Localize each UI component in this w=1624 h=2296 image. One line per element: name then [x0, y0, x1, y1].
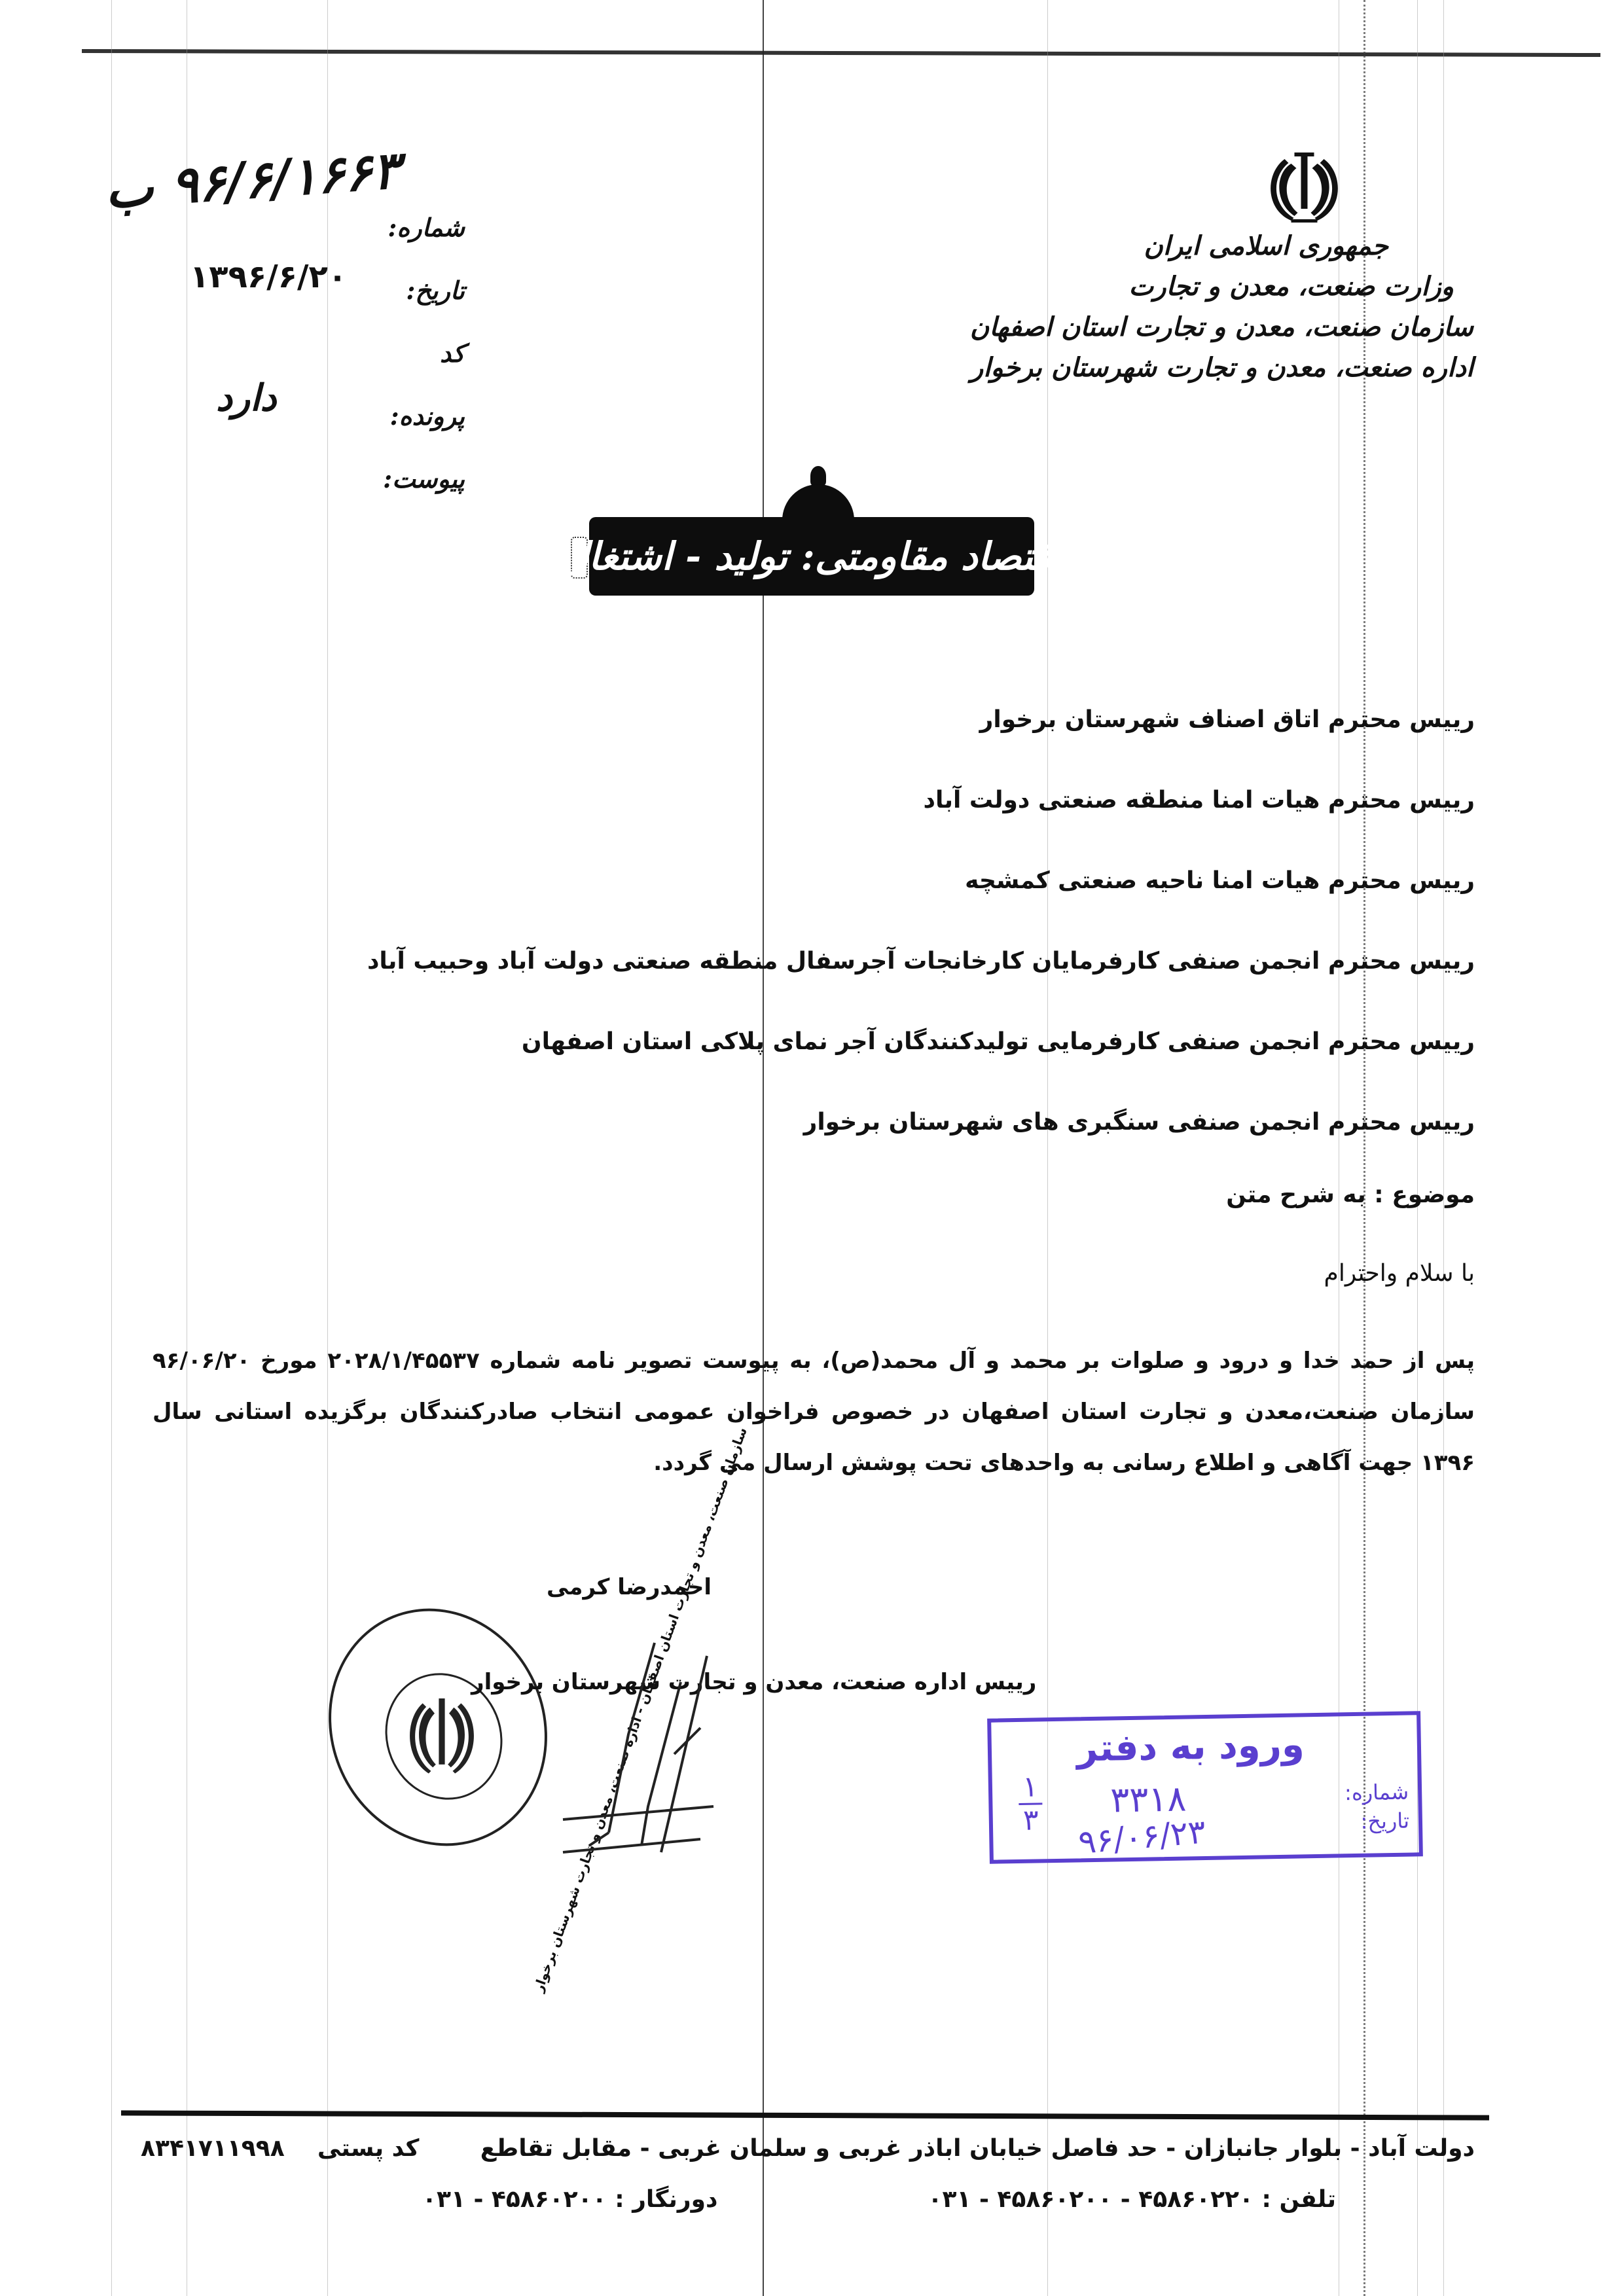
registry-number-value: ۳۳۱۸ — [1110, 1778, 1187, 1821]
banner-finial — [810, 466, 826, 486]
footer-address: دولت آباد - بلوار جانبازان - حد فاصل خیا… — [480, 2135, 1475, 2162]
meta-labels: شماره: تاریخ: کد پرونده: پیوست: — [380, 196, 465, 511]
ministry-line: جمهوری اسلامی ایران — [1107, 226, 1388, 266]
page-fraction-bottom: ۳ — [1023, 1803, 1039, 1837]
handwritten-signature — [550, 1636, 720, 1859]
subject-line: موضوع : به شرح متن — [1226, 1181, 1475, 1208]
registry-stamp-title: ورود به دفتر — [1076, 1723, 1305, 1770]
fax-label: دورنگار : — [615, 2186, 717, 2213]
footer-postal-code: کد پستی ۸۳۴۱۷۱۱۹۹۸ — [141, 2135, 419, 2162]
page-fraction-top: ۱ — [1022, 1770, 1039, 1803]
footer-telephone: تلفن : ۰۳۱ - ۴۵۸۶۰۲۰۰ - ۴۵۸۶۰۲۲۰ — [928, 2186, 1337, 2213]
ministry-line: سازمان صنعت، معدن و تجارت استان اصفهان — [1107, 307, 1473, 348]
registry-stamp: ورود به دفتر شماره: تاریخ: ۳۳۱۸ ۹۶/۰۶/۲۳… — [987, 1711, 1423, 1864]
letter-date-value: ۱۳۹۶/۶/۲۰ — [190, 259, 347, 295]
footer-rule — [121, 2110, 1489, 2120]
postal-value: ۸۳۴۱۷۱۱۹۹۸ — [141, 2135, 285, 2162]
footer-fax: دورنگار : ۰۳۱ - ۴۵۸۶۰۲۰۰ — [422, 2186, 717, 2213]
slogan-banner: اقتصاد مقاومتی: تولید - اشتغال — [589, 517, 1034, 596]
ministry-header: جمهوری اسلامی ایران وزارت صنعت، معدن و ت… — [1107, 226, 1473, 388]
scan-top-rule — [82, 49, 1600, 57]
addressee: رییس محترم انجمن صنفی کارفرمایان کارخانج… — [362, 948, 1475, 975]
letter-number-value: ۹۶/۶/۱۶۶۳ ب — [103, 140, 401, 220]
registry-stamp-labels: شماره: تاریخ: — [1344, 1778, 1410, 1837]
ministry-line: وزارت صنعت، معدن و تجارت — [1107, 266, 1454, 307]
registry-page-fraction: ۱ ۳ — [1019, 1774, 1043, 1834]
ministry-line: اداره صنعت، معدن و تجارت شهرستان برخوار — [1107, 348, 1473, 388]
date-label: تاریخ: — [380, 259, 465, 322]
attachment-label: پیوست: — [380, 448, 465, 511]
registry-date-label: تاریخ: — [1344, 1806, 1409, 1837]
slogan-text: اقتصاد مقاومتی: تولید - اشتغال — [561, 534, 1062, 579]
postal-label: کد پستی — [317, 2135, 420, 2162]
addressee: رییس محترم انجمن صنفی سنگبری های شهرستان… — [362, 1109, 1475, 1136]
scan-artifact-line — [111, 0, 112, 2296]
addressee-list: رییس محترم اتاق اصناف شهرستان برخوار ریی… — [362, 707, 1475, 1190]
scan-artifact-line — [187, 0, 187, 2296]
attachment-value: دارد — [216, 376, 276, 420]
addressee: رییس محترم هیات امنا ناحیه صنعتی کمشچه — [362, 868, 1475, 894]
fax-value: ۰۳۱ - ۴۵۸۶۰۲۰۰ — [422, 2186, 607, 2213]
tel-value: ۰۳۱ - ۴۵۸۶۰۲۰۰ - ۴۵۸۶۰۲۲۰ — [928, 2186, 1254, 2213]
tel-label: تلفن : — [1262, 2186, 1336, 2213]
letter-body: پس از حمد خدا و درود و صلوات بر محمد و آ… — [153, 1335, 1475, 1488]
greeting: با سلام واحترام — [1324, 1260, 1475, 1287]
scan-artifact-line — [327, 0, 328, 2296]
addressee: رییس محترم انجمن صنفی کارفرمایی تولیدکنن… — [362, 1029, 1475, 1055]
file-code-label: کد پرونده: — [380, 322, 465, 448]
iran-emblem-icon — [1263, 147, 1345, 226]
addressee: رییس محترم اتاق اصناف شهرستان برخوار — [362, 707, 1475, 733]
registry-date-value: ۹۶/۰۶/۲۳ — [1077, 1812, 1207, 1861]
seal-emblem-icon — [406, 1689, 478, 1780]
number-label: شماره: — [380, 196, 465, 259]
registry-number-label: شماره: — [1344, 1778, 1409, 1808]
addressee: رییس محترم هیات امنا منطقه صنعتی دولت آب… — [362, 787, 1475, 814]
